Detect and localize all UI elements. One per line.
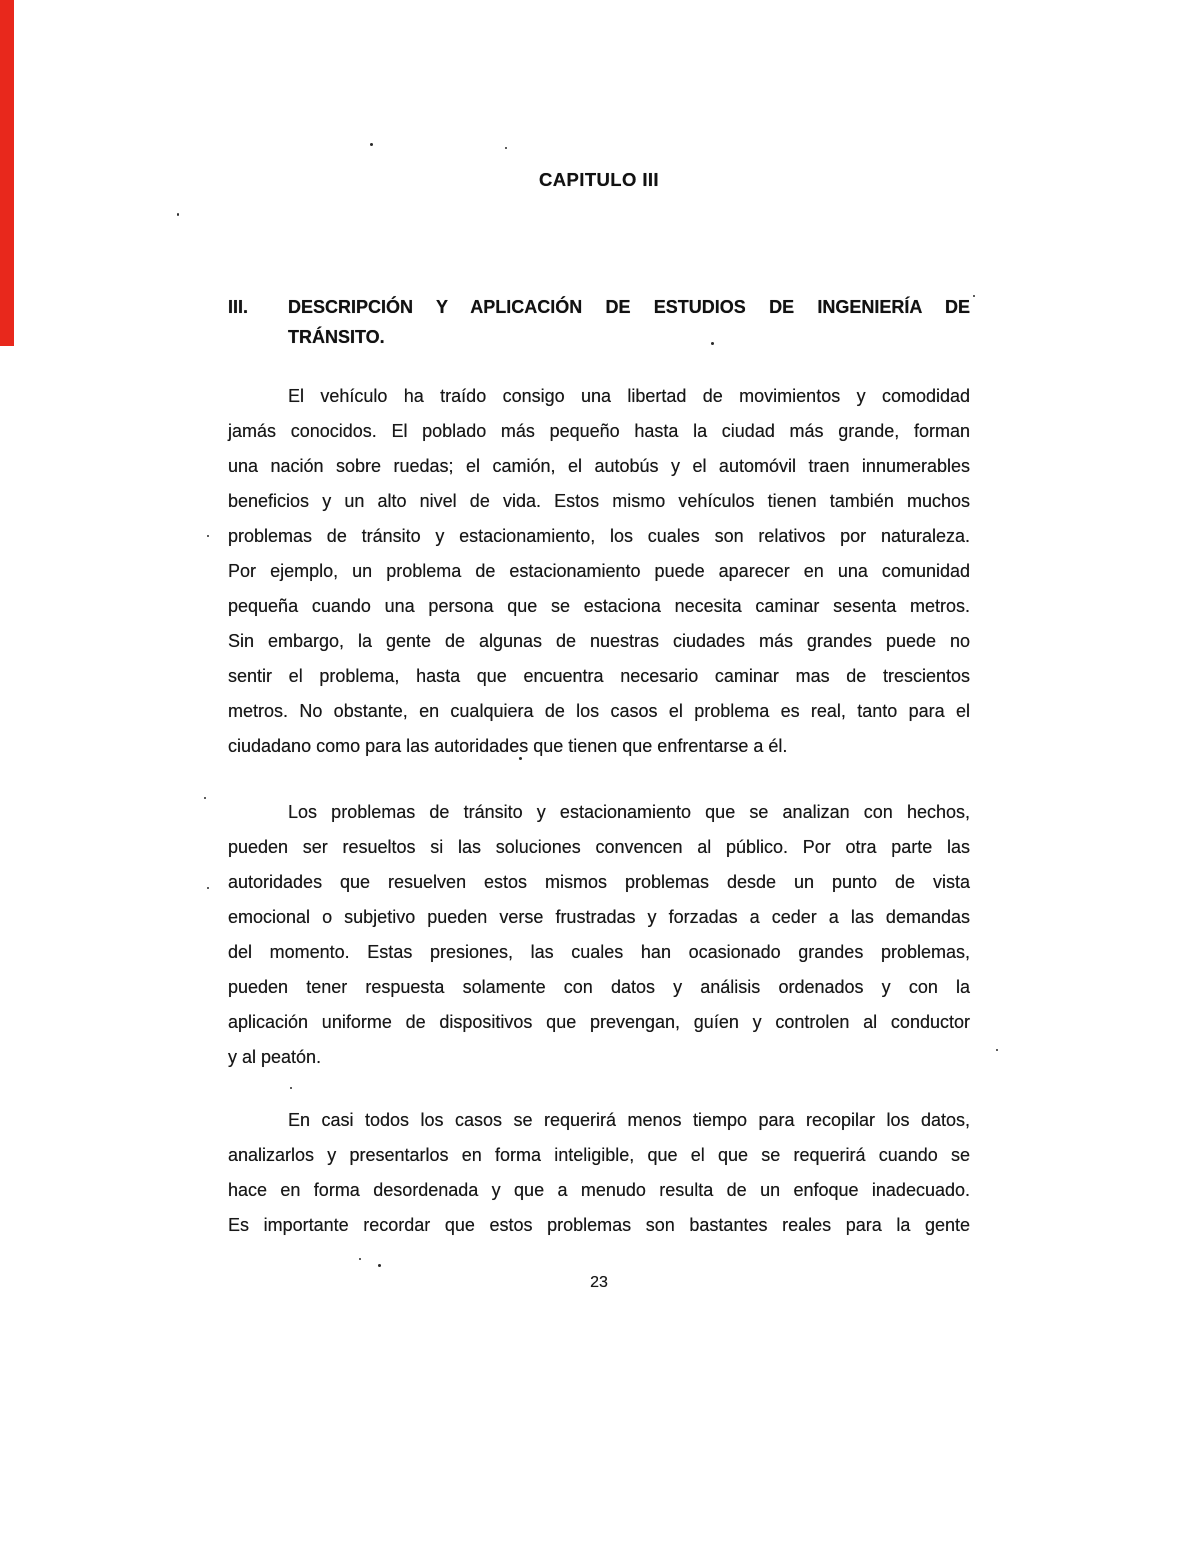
- section-heading-text: DESCRIPCIÓN Y APLICACIÓN DE ESTUDIOS DE …: [288, 292, 970, 352]
- scan-speckle: [370, 143, 373, 146]
- text-line: En casi todos los casos se requerirá men…: [228, 1103, 970, 1138]
- text-line: autoridades que resuelven estos mismos p…: [228, 865, 970, 900]
- text-line: pequeña cuando una persona que se estaci…: [228, 589, 970, 624]
- document-page: CAPITULO III III. DESCRIPCIÓN Y APLICACI…: [0, 0, 1200, 1553]
- text-line: pueden tener respuesta solamente con dat…: [228, 970, 970, 1005]
- scan-speckle: [378, 1264, 381, 1267]
- paragraph-2: Los problemas de tránsito y estacionamie…: [228, 795, 970, 1075]
- text-line: metros. No obstante, en cualquiera de lo…: [228, 694, 970, 729]
- text-line: beneficios y un alto nivel de vida. Esto…: [228, 484, 970, 519]
- text-line: Es importante recordar que estos problem…: [228, 1208, 970, 1243]
- scan-speckle: [973, 295, 975, 297]
- scan-speckle: [207, 535, 209, 537]
- section-heading: III. DESCRIPCIÓN Y APLICACIÓN DE ESTUDIO…: [228, 292, 970, 352]
- scan-speckle: [711, 342, 714, 345]
- text-line: emocional o subjetivo pueden verse frust…: [228, 900, 970, 935]
- section-number: III.: [228, 292, 248, 322]
- paragraph-1: El vehículo ha traído consigo una libert…: [228, 379, 970, 764]
- page-number: 23: [228, 1273, 970, 1293]
- scan-speckle: [505, 147, 507, 149]
- paragraph-3: En casi todos los casos se requerirá men…: [228, 1103, 970, 1243]
- text-line: TRÁNSITO.: [288, 322, 970, 352]
- text-line: pueden ser resueltos si las soluciones c…: [228, 830, 970, 865]
- text-line: aplicación uniforme de dispositivos que …: [228, 1005, 970, 1040]
- scan-speckle: [290, 1087, 292, 1089]
- text-line: sentir el problema, hasta que encuentra …: [228, 659, 970, 694]
- text-line: Los problemas de tránsito y estacionamie…: [228, 795, 970, 830]
- text-line: DESCRIPCIÓN Y APLICACIÓN DE ESTUDIOS DE …: [288, 292, 970, 322]
- scan-speckle: [359, 1258, 361, 1260]
- chapter-title: CAPITULO III: [228, 168, 970, 192]
- scan-speckle: [207, 887, 209, 889]
- scan-speckle: [519, 757, 522, 760]
- text-line: una nación sobre ruedas; el camión, el a…: [228, 449, 970, 484]
- scan-speckle: [996, 1049, 998, 1051]
- text-line: Por ejemplo, un problema de estacionamie…: [228, 554, 970, 589]
- text-line: del momento. Estas presiones, las cuales…: [228, 935, 970, 970]
- text-line: problemas de tránsito y estacionamiento,…: [228, 519, 970, 554]
- text-line: ciudadano como para las autoridades que …: [228, 729, 970, 764]
- scan-speckle: [177, 213, 179, 216]
- text-line: El vehículo ha traído consigo una libert…: [228, 379, 970, 414]
- text-line: y al peatón.: [228, 1040, 970, 1075]
- text-line: analizarlos y presentarlos en forma inte…: [228, 1138, 970, 1173]
- scan-edge-red-bar: [0, 0, 14, 346]
- scan-speckle: [204, 797, 206, 799]
- text-line: hace en forma desordenada y que a menudo…: [228, 1173, 970, 1208]
- text-line: Sin embargo, la gente de algunas de nues…: [228, 624, 970, 659]
- text-line: jamás conocidos. El poblado más pequeño …: [228, 414, 970, 449]
